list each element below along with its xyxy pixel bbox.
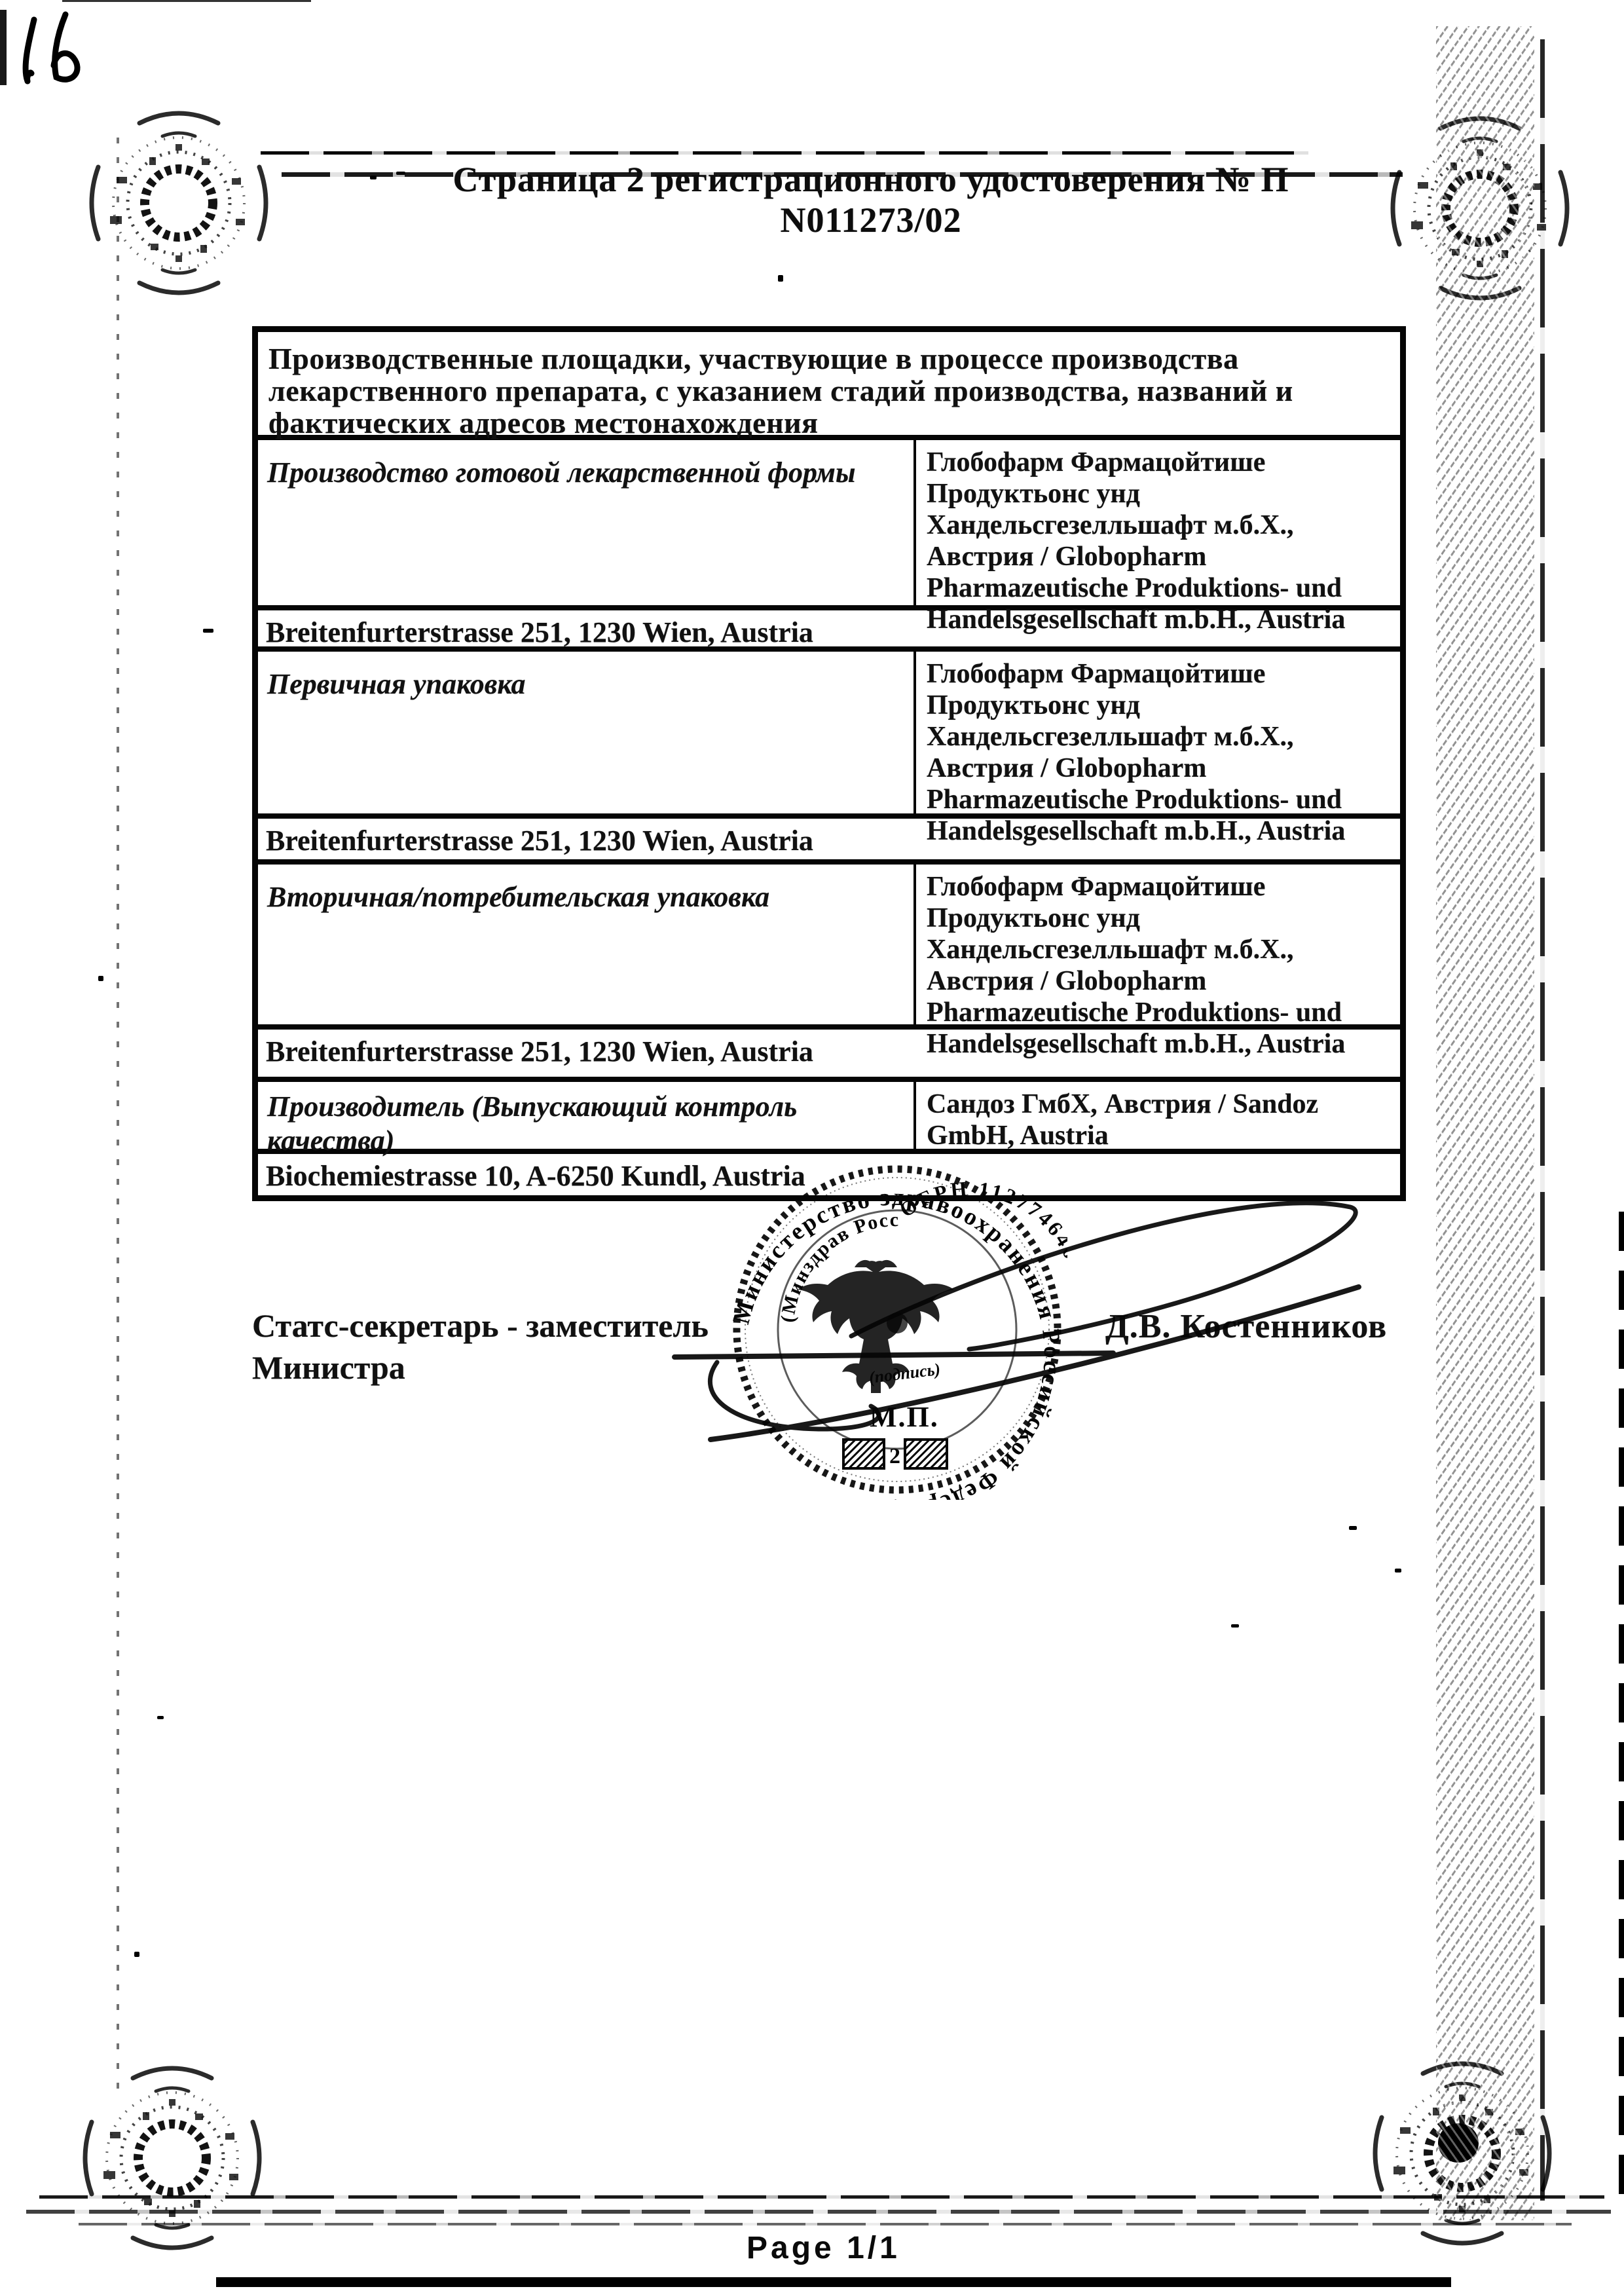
scan-speck (778, 275, 783, 282)
security-border-hatch (1436, 26, 1534, 2220)
table-row: Производитель (Выпускающий контроль каче… (258, 1077, 1400, 1149)
scan-speck (134, 1952, 139, 1957)
page-title: Страница 2 регистрационного удостоверени… (393, 159, 1349, 240)
certificate-page: Страница 2 регистрационного удостоверени… (0, 0, 1624, 2289)
table-header-row: Производственные площадки, участвующие в… (258, 332, 1400, 435)
scan-noise-line (261, 151, 1308, 155)
scan-speck (1349, 1526, 1357, 1530)
table-row: Вторичная/потребительская упаковка Глобо… (258, 859, 1400, 1024)
scan-speck (1231, 1624, 1239, 1628)
table-row: Производство готовой лекарственной формы… (258, 435, 1400, 605)
scan-edge-artifact (62, 0, 311, 2)
manufacturer-cell: Глобофарм Фармацойтише Продуктьонс унд Х… (913, 652, 1400, 813)
stage-cell: Вторичная/потребительская упаковка (258, 865, 913, 1024)
guilloche-rosette-icon (71, 2053, 274, 2263)
scan-noise-line (39, 2195, 1604, 2199)
table-row: Первичная упаковка Глобофарм Фармацойтиш… (258, 646, 1400, 813)
scan-noise-line (79, 2223, 1572, 2225)
address-cell: Breitenfurterstrasse 251, 1230 Wien, Aus… (258, 1030, 820, 1077)
scan-speck (98, 976, 103, 981)
scan-noise-line (26, 2210, 1611, 2214)
table-header: Производственные площадки, участвующие в… (258, 332, 1400, 435)
stage-cell: Производство готовой лекарственной формы (258, 440, 913, 605)
guilloche-rosette-icon (77, 98, 280, 308)
scan-speck (370, 176, 377, 179)
manufacturer-cell: Сандоз ГмбХ, Австрия / Sandoz GmbH, Aust… (913, 1082, 1400, 1149)
address-cell: Breitenfurterstrasse 251, 1230 Wien, Aus… (258, 819, 820, 859)
page-number-label: Page 1/1 (747, 2230, 900, 2266)
manufacturer-cell: Глобофарм Фармацойтише Продуктьонс унд Х… (913, 440, 1400, 605)
scan-speck (1395, 1569, 1401, 1573)
stage-cell: Производитель (Выпускающий контроль каче… (258, 1082, 913, 1149)
security-border-line (117, 138, 119, 2089)
production-sites-table: Производственные площадки, участвующие в… (252, 326, 1406, 1201)
manufacturer-cell: Глобофарм Фармацойтише Продуктьонс унд Х… (913, 865, 1400, 1024)
signature-strokes (655, 1146, 1441, 1513)
scan-edge-artifact (0, 10, 7, 85)
scan-speck (157, 1716, 164, 1719)
scan-speck (396, 172, 405, 175)
scan-edge-bar (216, 2277, 1451, 2287)
security-border-line (1540, 39, 1545, 2201)
stage-cell: Первичная упаковка (258, 652, 913, 813)
scan-speck (203, 629, 213, 633)
address-cell: Breitenfurterstrasse 251, 1230 Wien, Aus… (258, 610, 820, 646)
scan-edge-artifact (1619, 1212, 1624, 2194)
handwritten-page-number (12, 5, 110, 103)
